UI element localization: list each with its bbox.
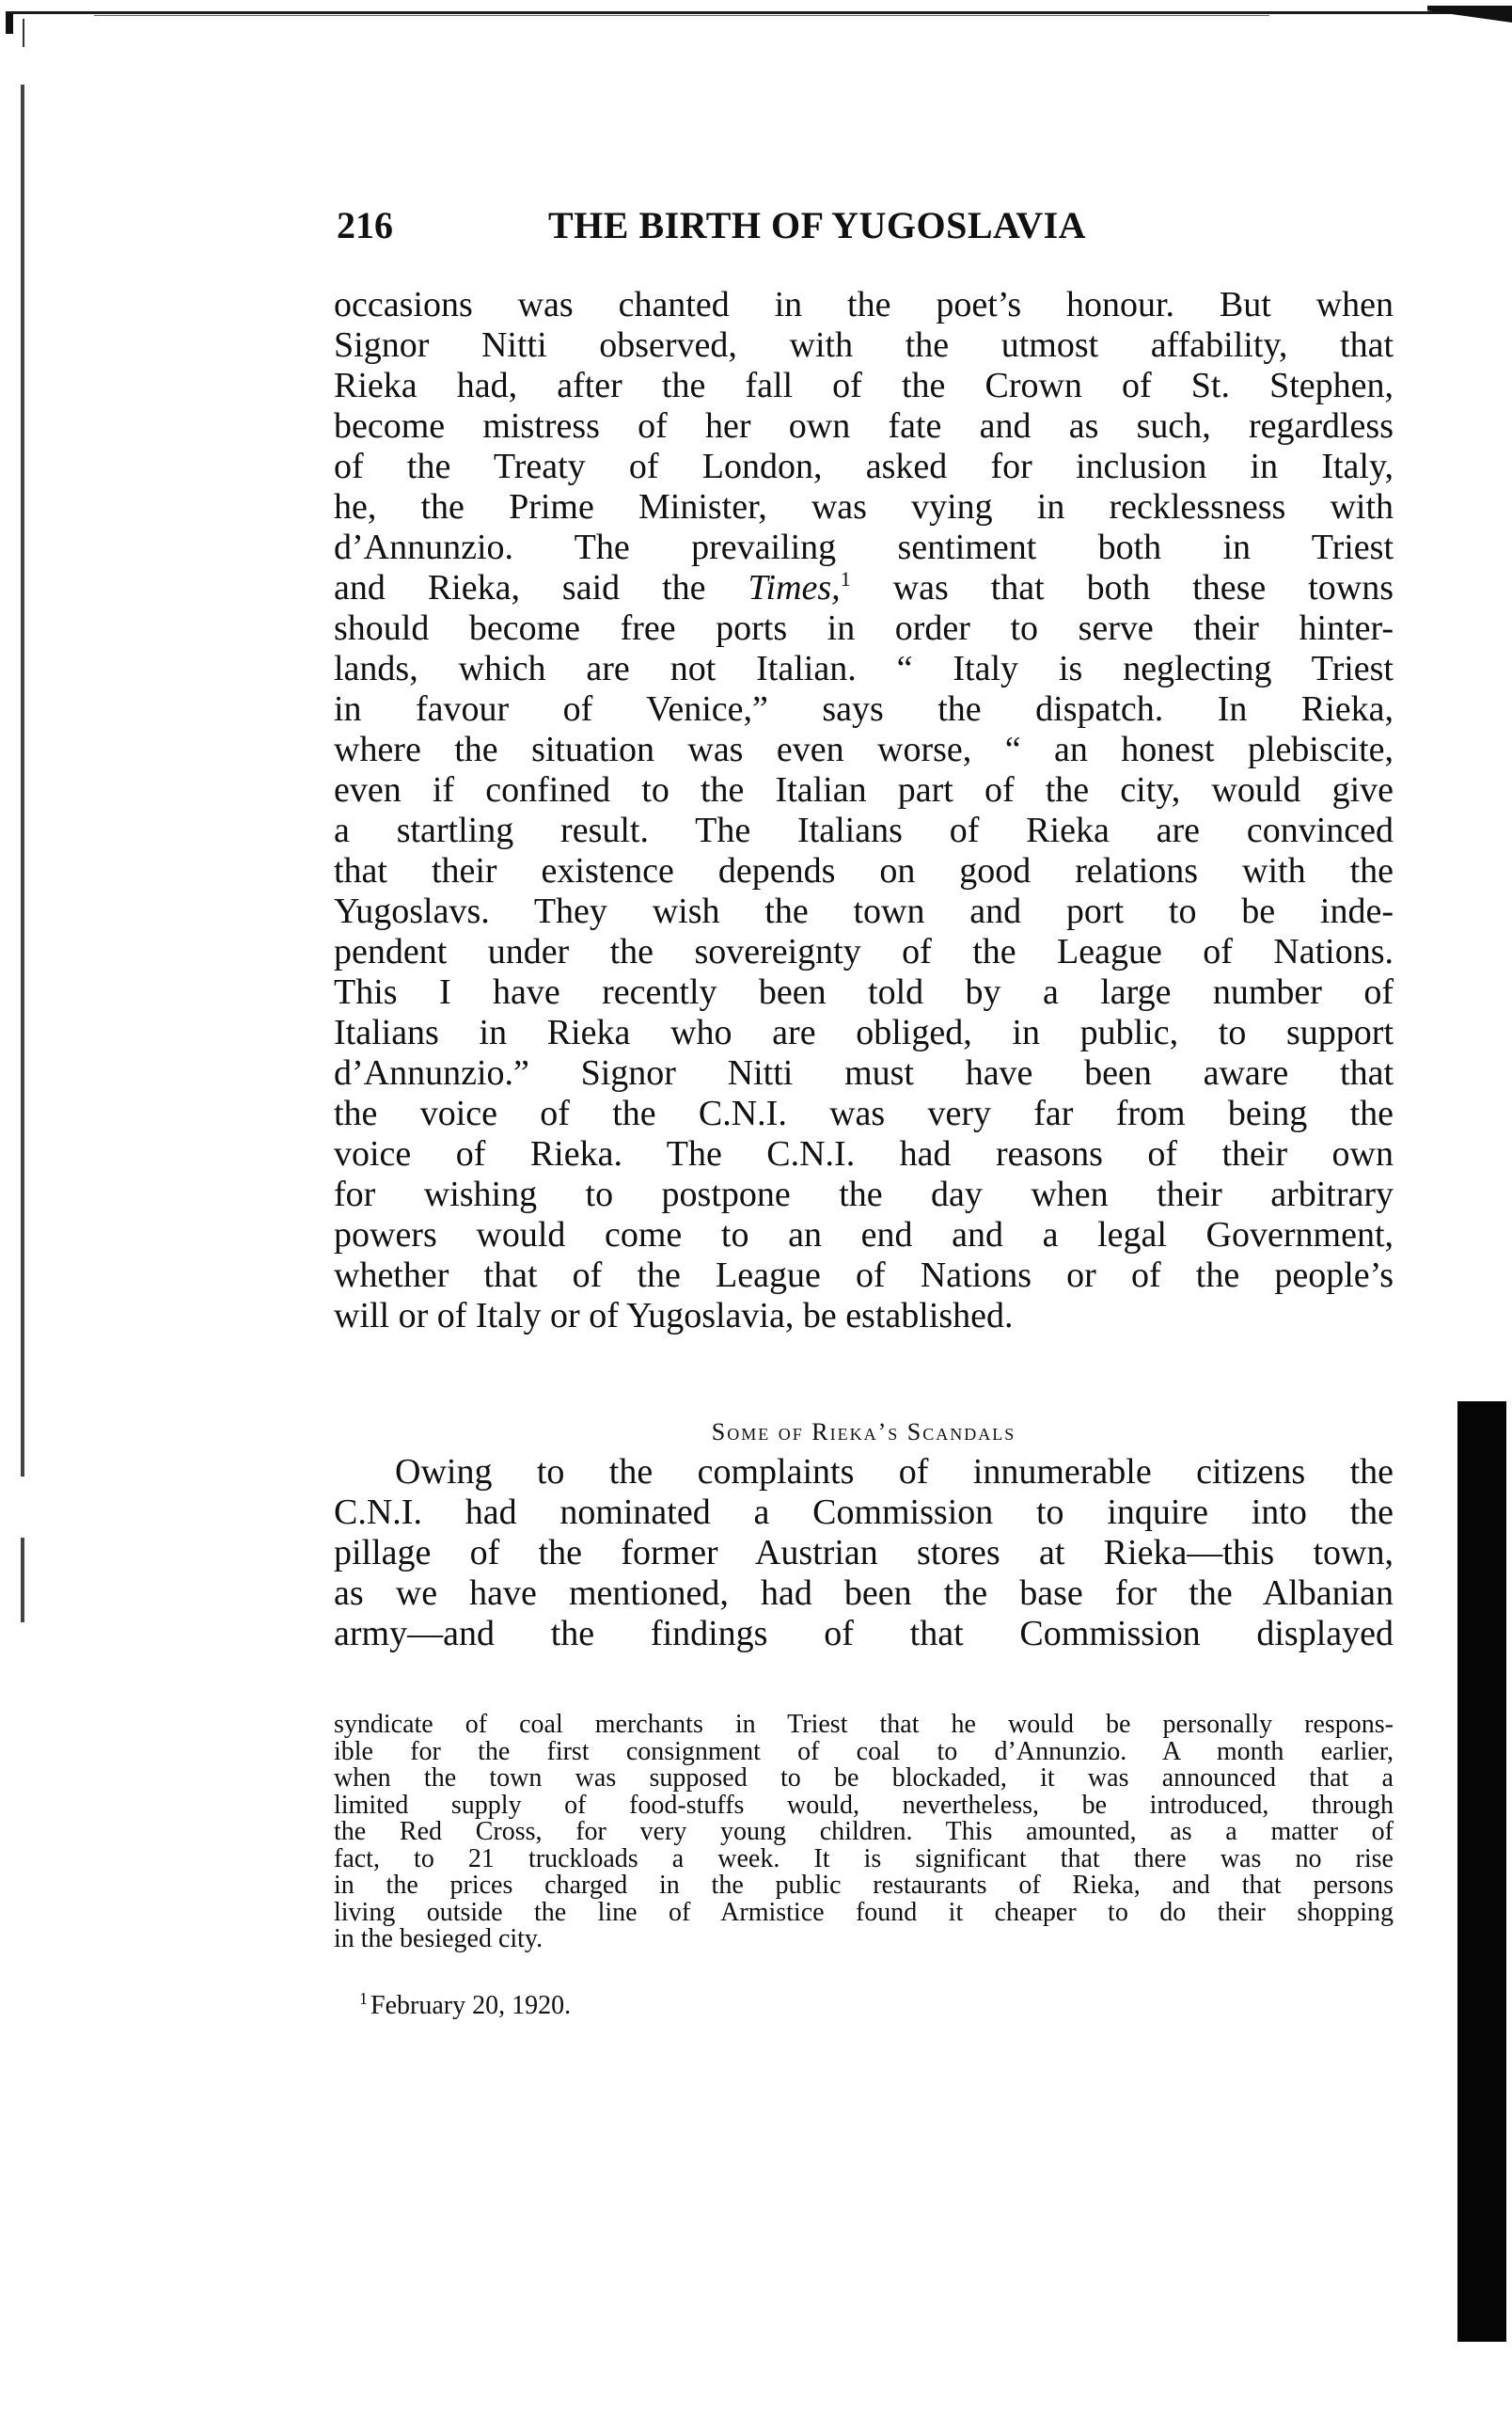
footnote-ref-1[interactable]: 1 — [841, 567, 851, 591]
footnote-line: syndicate of coal merchants in Triest th… — [334, 1712, 1394, 1739]
italic-title-times: Times, — [748, 568, 840, 608]
text-line: Signor Nitti observed, with the utmost a… — [334, 325, 1394, 366]
text-line: in favour of Venice,” says the dispatch.… — [334, 689, 1394, 730]
footnote-line: ible for the first consignment of coal t… — [334, 1739, 1394, 1766]
footnote-1: 1February 20, 1920. — [334, 1985, 1419, 2020]
footnote-line: the Red Cross, for very young children. … — [334, 1819, 1394, 1846]
scan-corner-shadow — [1427, 6, 1512, 23]
scan-right-edge-shadow — [1457, 1401, 1506, 2342]
text-line: pendent under the sovereignty of the Lea… — [334, 932, 1394, 972]
text-line-with-footnote-ref: and Rieka, said the Times,1 was that bot… — [334, 568, 1394, 608]
text-line: where the situation was even worse, “ an… — [334, 730, 1394, 770]
section-heading: Some of Rieka’s Scandals — [334, 1418, 1394, 1446]
footnote-continuation: syndicate of coal merchants in Triest th… — [334, 1712, 1394, 1953]
text-line: Rieka had, after the fall of the Crown o… — [334, 366, 1394, 406]
text-fragment: and Rieka, said the — [334, 568, 748, 608]
text-line: Yugoslavs. They wish the town and port t… — [334, 892, 1394, 932]
text-line: d’Annunzio.” Signor Nitti must have been… — [334, 1053, 1394, 1094]
text-line: will or of Italy or of Yugoslavia, be es… — [334, 1296, 1394, 1336]
text-line: voice of Rieka. The C.N.I. had reasons o… — [334, 1134, 1394, 1175]
text-line: d’Annunzio. The prevailing sentiment bot… — [334, 528, 1394, 568]
text-line: C.N.I. had nominated a Commission to inq… — [334, 1493, 1394, 1533]
text-line: lands, which are not Italian. “ Italy is… — [334, 649, 1394, 689]
scan-left-binding-shadow-lower — [21, 1538, 24, 1622]
text-line: a startling result. The Italians of Riek… — [334, 811, 1394, 851]
text-line: pillage of the former Austrian stores at… — [334, 1533, 1394, 1573]
text-line: Italians in Rieka who are obliged, in pu… — [334, 1013, 1394, 1053]
text-line: the voice of the C.N.I. was very far fro… — [334, 1094, 1394, 1134]
scan-top-edge-thin — [94, 15, 1269, 16]
text-line: occasions was chanted in the poet’s hono… — [334, 285, 1394, 325]
paragraph-2: Owing to the complaints of innumerable c… — [334, 1452, 1394, 1654]
footnote-text: February 20, 1920. — [370, 1991, 571, 2020]
text-line: become mistress of her own fate and as s… — [334, 406, 1394, 447]
text-line: he, the Prime Minister, was vying in rec… — [334, 487, 1394, 528]
footnote-line: in the prices charged in the public rest… — [334, 1872, 1394, 1900]
footnote-line: when the town was supposed to be blockad… — [334, 1765, 1394, 1793]
text-line: that their existence depends on good rel… — [334, 851, 1394, 892]
text-line: of the Treaty of London, asked for inclu… — [334, 447, 1394, 487]
text-line: This I have recently been told by a larg… — [334, 972, 1394, 1013]
text-line: Owing to the complaints of innumerable c… — [334, 1452, 1394, 1493]
text-line: powers would come to an end and a legal … — [334, 1215, 1394, 1256]
text-fragment: was that both these towns — [851, 568, 1394, 608]
running-head: 216 THE BIRTH OF YUGOSLAVIA — [334, 207, 1394, 245]
running-title: THE BIRTH OF YUGOSLAVIA — [548, 207, 1086, 245]
scan-top-edge — [6, 11, 1510, 14]
footnote-marker: 1 — [359, 1989, 368, 2008]
text-line: even if confined to the Italian part of … — [334, 770, 1394, 811]
text-line: as we have mentioned, had been the base … — [334, 1573, 1394, 1614]
footnote-line: in the besieged city. — [334, 1926, 1394, 1953]
text-line: army—and the findings of that Commission… — [334, 1614, 1394, 1654]
text-line: for wishing to postpone the day when the… — [334, 1175, 1394, 1215]
footnote-line: fact, to 21 truckloads a week. It is sig… — [334, 1846, 1394, 1873]
text-line: whether that of the League of Nations or… — [334, 1256, 1394, 1296]
scan-left-binding-shadow — [21, 85, 24, 1477]
paragraph-1: occasions was chanted in the poet’s hono… — [334, 285, 1394, 1336]
scan-corner-shadow-left — [6, 13, 13, 34]
footnote-line: limited supply of food-stuffs would, nev… — [334, 1793, 1394, 1820]
text-line: should become free ports in order to ser… — [334, 608, 1394, 649]
scan-left-edge-mark — [23, 19, 24, 47]
page-number: 216 — [337, 207, 393, 245]
footnote-line: living outside the line of Armistice fou… — [334, 1900, 1394, 1927]
